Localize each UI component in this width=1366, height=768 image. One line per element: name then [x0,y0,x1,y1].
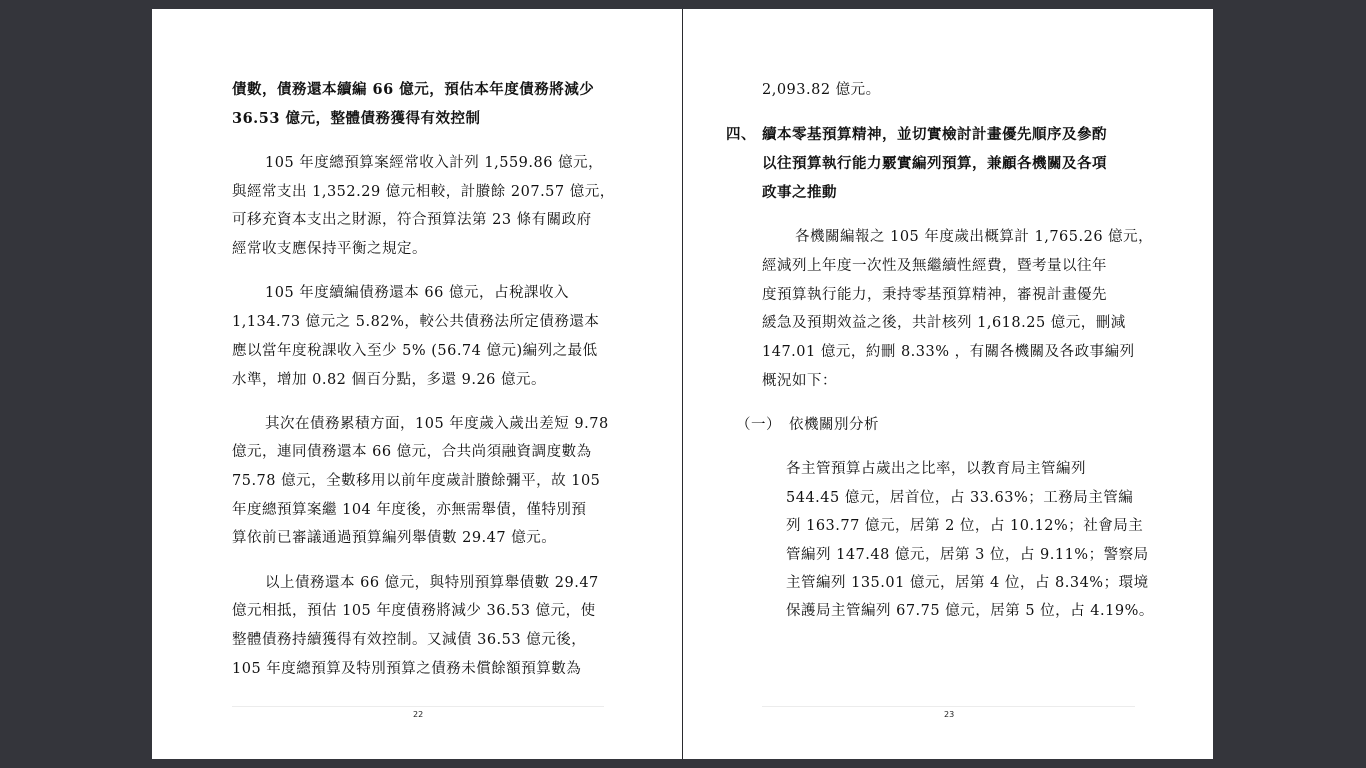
paragraph-line: 147.01 億元，約刪 8.33% ，有關各機關及各政事編列 [762,342,1135,362]
sub-paragraph-line: 主管編列 135.01 億元，居第 4 位，占 8.34%；環境 [786,573,1149,593]
paragraph-line: 緩急及預期效益之後，共計核列 1,618.25 億元，刪減 [762,313,1126,333]
paragraph-line: 105 年度續編債務還本 66 億元，占稅課收入 [265,283,569,303]
section-title-line: 續本零基預算精神，並切實檢討計畫優先順序及參酌 [762,125,1107,145]
section-marker: 四、 [726,125,756,145]
paragraph-line: 105 年度總預算案經常收入計列 1,559.86 億元， [265,153,603,173]
page-number: 22 [413,710,423,719]
footer-rule [232,706,604,707]
page-23: 2,093.82 億元。 四、 續本零基預算精神，並切實檢討計畫優先順序及參酌 … [683,9,1213,759]
page-22: 債數，債務還本續編 66 億元，預估本年度債務將減少 36.53 億元，整體債務… [152,9,682,759]
subsection-title: 依機關別分析 [789,415,879,435]
paragraph-line: 其次在債務累積方面，105 年度歲入歲出差短 9.78 [265,414,609,434]
paragraph-line: 與經常支出 1,352.29 億元相較，計賸餘 207.57 億元， [232,182,615,202]
subsection-marker: （一） [736,415,781,435]
paragraph-line: 概況如下： [762,371,837,391]
paragraph-line: 億元，連同債務還本 66 億元，合共尚須融資調度數為 [232,442,592,462]
paragraph-line: 經減列上年度一次性及無繼續性經費，暨考量以往年 [762,256,1107,276]
paragraph-line: 各機關編報之 105 年度歲出概算計 1,765.26 億元， [795,227,1153,247]
paragraph-line: 水準，增加 0.82 個百分點，多還 9.26 億元。 [232,370,546,390]
sub-paragraph-line: 列 163.77 億元，居第 2 位，占 10.12%；社會局主 [786,516,1143,536]
sub-paragraph-line: 各主管預算占歲出之比率，以教育局主管編列 [786,459,1086,479]
paragraph-line: 應以當年度稅課收入至少 5% (56.74 億元)編列之最低 [232,341,598,361]
continuation-line: 2,093.82 億元。 [762,80,881,100]
paragraph-line: 75.78 億元，全數移用以前年度歲計賸餘彌平，故 105 [232,471,600,491]
heading-line: 債數，債務還本續編 66 億元，預估本年度債務將減少 [232,80,594,100]
section-title-line: 以往預算執行能力覈實編列預算，兼顧各機關及各項 [762,154,1107,174]
paragraph-line: 經常收支應保持平衡之規定。 [232,239,427,259]
document-spread: 債數，債務還本續編 66 億元，預估本年度債務將減少 36.53 億元，整體債務… [152,9,1213,759]
sub-paragraph-line: 保護局主管編列 67.75 億元，居第 5 位，占 4.19%。 [786,601,1154,621]
page-number: 23 [944,710,954,719]
heading-line: 36.53 億元，整體債務獲得有效控制 [232,109,480,129]
sub-paragraph-line: 管編列 147.48 億元，居第 3 位，占 9.11%；警察局 [786,545,1149,565]
paragraph-line: 可移充資本支出之財源，符合預算法第 23 條有關政府 [232,210,592,230]
paragraph-line: 億元相抵，預估 105 年度債務將減少 36.53 億元，使 [232,601,596,621]
paragraph-line: 整體債務持續獲得有效控制。又減債 36.53 億元後， [232,630,586,650]
sub-paragraph-line: 544.45 億元，居首位，占 33.63%；工務局主管編 [786,488,1133,508]
footer-rule [762,706,1135,707]
paragraph-line: 1,134.73 億元之 5.82%，較公共債務法所定債務還本 [232,312,599,332]
paragraph-line: 度預算執行能力，秉持零基預算精神，審視計畫優先 [762,285,1107,305]
section-title-line: 政事之推動 [762,183,837,203]
paragraph-line: 105 年度總預算及特別預算之債務未償餘額預算數為 [232,659,581,679]
paragraph-line: 以上債務還本 66 億元，與特別預算舉債數 29.47 [265,573,599,593]
paragraph-line: 年度總預算案繼 104 年度後，亦無需舉債，僅特別預 [232,500,586,520]
paragraph-line: 算依前已審議通過預算編列舉債數 29.47 億元。 [232,528,556,548]
